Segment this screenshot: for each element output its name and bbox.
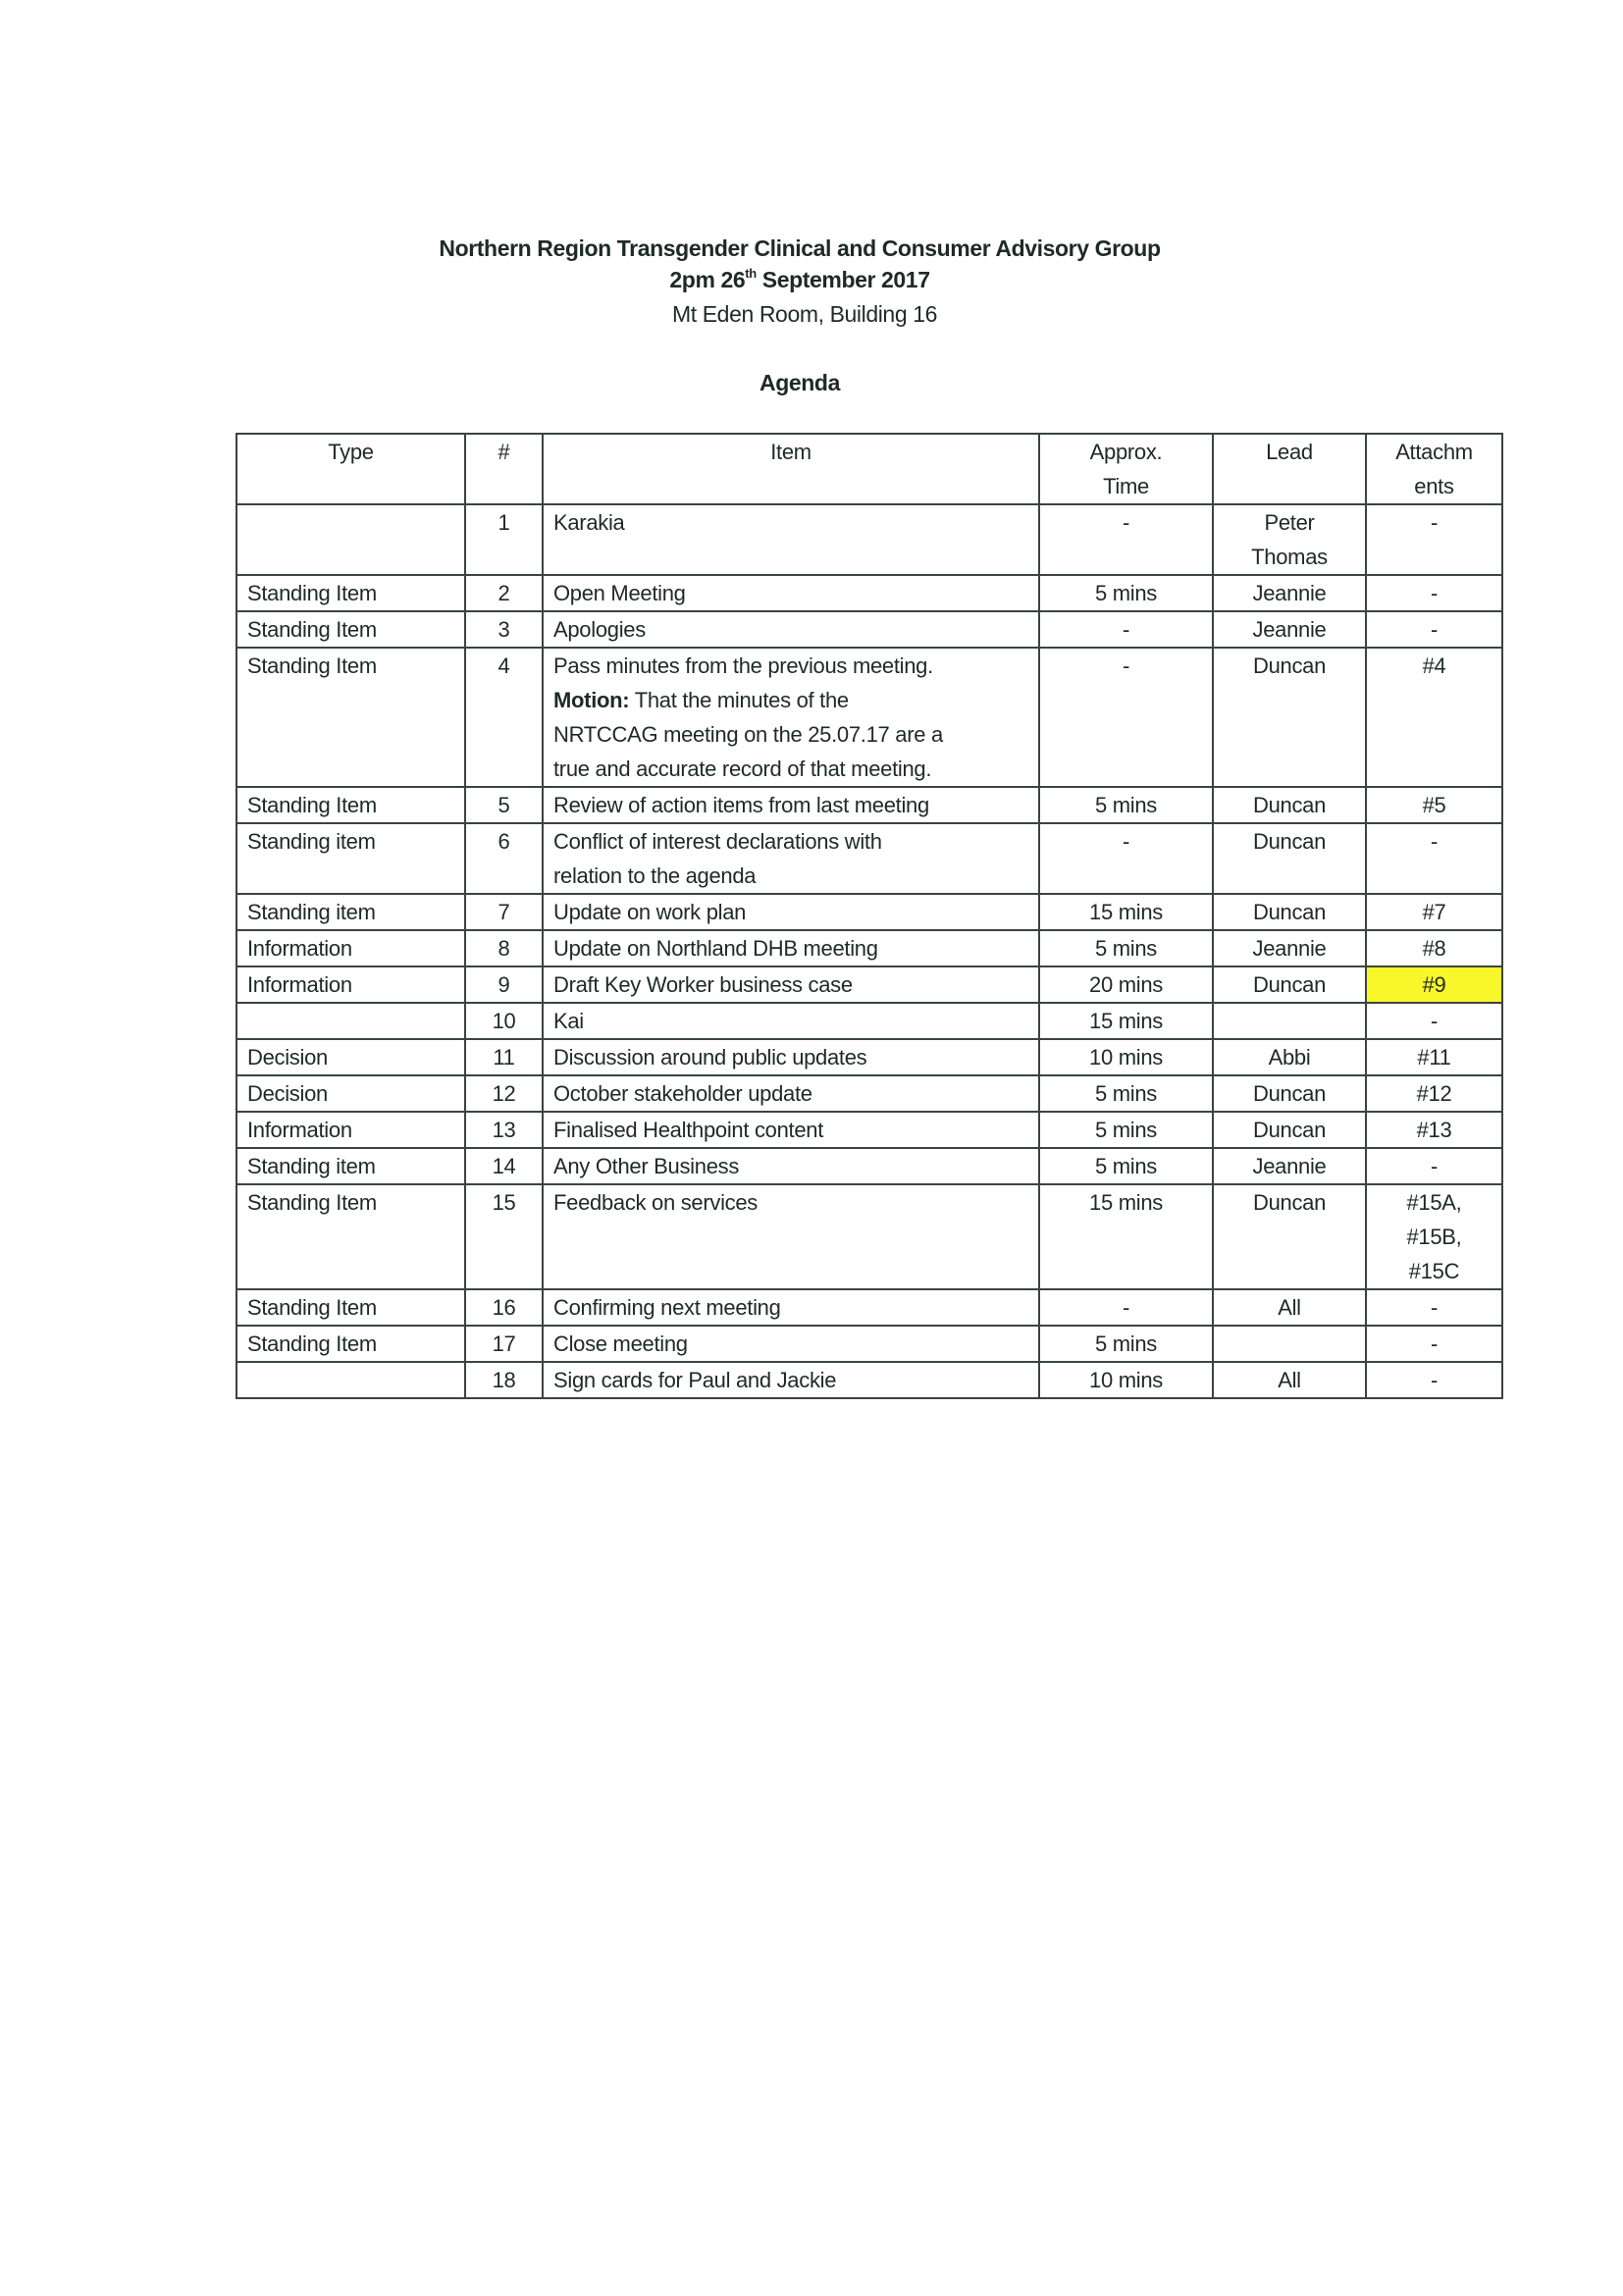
agenda-table-body: 1Karakia-Peter Thomas-Standing Item2Open… (236, 504, 1502, 1398)
cell-number: 6 (465, 823, 543, 894)
cell-number: 1 (465, 504, 543, 575)
agenda-heading: Agenda (0, 370, 1599, 396)
column-header-lead: Lead (1213, 434, 1366, 504)
table-row: Standing Item3Apologies-Jeannie- (236, 611, 1502, 648)
cell-type: Standing item (236, 1148, 465, 1184)
cell-lead: Jeannie (1213, 611, 1366, 648)
cell-type: Information (236, 966, 465, 1003)
agenda-table: Type # Item Approx. Time Lead Attachm en… (236, 433, 1503, 1399)
cell-item: Update on Northland DHB meeting (543, 930, 1039, 966)
cell-lead: Jeannie (1213, 1148, 1366, 1184)
date-ordinal: th (745, 266, 756, 281)
cell-time: 5 mins (1039, 1326, 1213, 1362)
cell-lead: Duncan (1213, 966, 1366, 1003)
cell-number: 14 (465, 1148, 543, 1184)
cell-attachments: - (1366, 1289, 1502, 1326)
table-row: Information9Draft Key Worker business ca… (236, 966, 1502, 1003)
table-row: 18Sign cards for Paul and Jackie10 minsA… (236, 1362, 1502, 1398)
cell-number: 13 (465, 1112, 543, 1148)
cell-time: 15 mins (1039, 894, 1213, 930)
cell-type (236, 504, 465, 575)
cell-time: 5 mins (1039, 1112, 1213, 1148)
cell-item: Kai (543, 1003, 1039, 1039)
cell-attachments: #4 (1366, 648, 1502, 787)
cell-attachments: - (1366, 575, 1502, 611)
document-title: Northern Region Transgender Clinical and… (0, 235, 1599, 262)
meeting-venue: Mt Eden Room, Building 16 (0, 301, 1609, 328)
cell-number: 5 (465, 787, 543, 823)
cell-item: Discussion around public updates (543, 1039, 1039, 1075)
cell-lead: All (1213, 1289, 1366, 1326)
cell-lead: Duncan (1213, 1112, 1366, 1148)
cell-number: 2 (465, 575, 543, 611)
cell-lead: Jeannie (1213, 930, 1366, 966)
cell-attachments: - (1366, 504, 1502, 575)
cell-type: Standing Item (236, 1326, 465, 1362)
cell-type: Standing item (236, 894, 465, 930)
cell-time: 15 mins (1039, 1003, 1213, 1039)
cell-number: 7 (465, 894, 543, 930)
cell-item: Update on work plan (543, 894, 1039, 930)
cell-time: - (1039, 1289, 1213, 1326)
column-header-attachments: Attachm ents (1366, 434, 1502, 504)
cell-number: 11 (465, 1039, 543, 1075)
cell-time: - (1039, 611, 1213, 648)
cell-item: Any Other Business (543, 1148, 1039, 1184)
cell-type: Decision (236, 1075, 465, 1112)
cell-item: October stakeholder update (543, 1075, 1039, 1112)
cell-type: Information (236, 930, 465, 966)
cell-lead: Duncan (1213, 1184, 1366, 1289)
table-row: Standing Item17Close meeting5 mins- (236, 1326, 1502, 1362)
column-header-type: Type (236, 434, 465, 504)
cell-number: 15 (465, 1184, 543, 1289)
cell-lead: Duncan (1213, 648, 1366, 787)
cell-number: 10 (465, 1003, 543, 1039)
cell-type (236, 1362, 465, 1398)
cell-lead (1213, 1326, 1366, 1362)
cell-item: Confirming next meeting (543, 1289, 1039, 1326)
table-row: Decision12October stakeholder update5 mi… (236, 1075, 1502, 1112)
table-row: Standing Item2Open Meeting5 minsJeannie- (236, 575, 1502, 611)
cell-type: Information (236, 1112, 465, 1148)
cell-attachments: - (1366, 1148, 1502, 1184)
item-text: Pass minutes from the previous meeting. (553, 653, 933, 678)
cell-type: Standing Item (236, 1289, 465, 1326)
cell-item: Sign cards for Paul and Jackie (543, 1362, 1039, 1398)
cell-attachments: #5 (1366, 787, 1502, 823)
date-rest: September 2017 (757, 267, 930, 292)
cell-item: Feedback on services (543, 1184, 1039, 1289)
cell-attachments: - (1366, 1003, 1502, 1039)
cell-time: 20 mins (1039, 966, 1213, 1003)
meeting-date: 2pm 26th September 2017 (0, 267, 1599, 293)
cell-attachments: #15A, #15B, #15C (1366, 1184, 1502, 1289)
cell-time: 5 mins (1039, 575, 1213, 611)
cell-time: 5 mins (1039, 1148, 1213, 1184)
table-row: 10Kai15 mins- (236, 1003, 1502, 1039)
cell-item: Pass minutes from the previous meeting.M… (543, 648, 1039, 787)
table-header-row: Type # Item Approx. Time Lead Attachm en… (236, 434, 1502, 504)
cell-attachments: #12 (1366, 1075, 1502, 1112)
cell-lead: Duncan (1213, 787, 1366, 823)
cell-time: 5 mins (1039, 930, 1213, 966)
table-row: Standing item7Update on work plan15 mins… (236, 894, 1502, 930)
cell-item: Open Meeting (543, 575, 1039, 611)
cell-attachments: - (1366, 611, 1502, 648)
table-row: Standing Item5Review of action items fro… (236, 787, 1502, 823)
cell-lead: All (1213, 1362, 1366, 1398)
cell-attachments: #11 (1366, 1039, 1502, 1075)
cell-number: 9 (465, 966, 543, 1003)
cell-number: 12 (465, 1075, 543, 1112)
cell-item: Apologies (543, 611, 1039, 648)
cell-lead: Duncan (1213, 823, 1366, 894)
cell-attachments: - (1366, 823, 1502, 894)
cell-attachments: - (1366, 1362, 1502, 1398)
cell-number: 4 (465, 648, 543, 787)
cell-number: 17 (465, 1326, 543, 1362)
cell-number: 3 (465, 611, 543, 648)
cell-number: 16 (465, 1289, 543, 1326)
table-row: Standing Item16Confirming next meeting-A… (236, 1289, 1502, 1326)
cell-type: Decision (236, 1039, 465, 1075)
table-row: Decision11Discussion around public updat… (236, 1039, 1502, 1075)
column-header-number: # (465, 434, 543, 504)
cell-type (236, 1003, 465, 1039)
cell-lead: Peter Thomas (1213, 504, 1366, 575)
table-row: Information13Finalised Healthpoint conte… (236, 1112, 1502, 1148)
cell-attachments-highlighted: #9 (1366, 966, 1502, 1003)
cell-time: 5 mins (1039, 787, 1213, 823)
cell-number: 18 (465, 1362, 543, 1398)
table-row: Standing Item4Pass minutes from the prev… (236, 648, 1502, 787)
cell-lead: Duncan (1213, 894, 1366, 930)
table-row: Standing item14Any Other Business5 minsJ… (236, 1148, 1502, 1184)
cell-time: 10 mins (1039, 1039, 1213, 1075)
cell-item: Finalised Healthpoint content (543, 1112, 1039, 1148)
cell-item: Draft Key Worker business case (543, 966, 1039, 1003)
date-prefix: 2pm 26 (669, 267, 745, 292)
table-row: 1Karakia-Peter Thomas- (236, 504, 1502, 575)
cell-type: Standing Item (236, 575, 465, 611)
cell-attachments: #7 (1366, 894, 1502, 930)
cell-lead: Duncan (1213, 1075, 1366, 1112)
motion-label: Motion: (553, 688, 629, 712)
cell-attachments: - (1366, 1326, 1502, 1362)
cell-lead (1213, 1003, 1366, 1039)
cell-time: - (1039, 504, 1213, 575)
cell-lead: Abbi (1213, 1039, 1366, 1075)
cell-item: Karakia (543, 504, 1039, 575)
table-row: Information8Update on Northland DHB meet… (236, 930, 1502, 966)
cell-lead: Jeannie (1213, 575, 1366, 611)
column-header-item: Item (543, 434, 1039, 504)
cell-time: 15 mins (1039, 1184, 1213, 1289)
cell-time: - (1039, 648, 1213, 787)
cell-type: Standing Item (236, 1184, 465, 1289)
cell-number: 8 (465, 930, 543, 966)
cell-item: Review of action items from last meeting (543, 787, 1039, 823)
cell-type: Standing Item (236, 611, 465, 648)
table-row: Standing item6Conflict of interest decla… (236, 823, 1502, 894)
cell-attachments: #13 (1366, 1112, 1502, 1148)
column-header-time: Approx. Time (1039, 434, 1213, 504)
table-row: Standing Item15Feedback on services15 mi… (236, 1184, 1502, 1289)
cell-attachments: #8 (1366, 930, 1502, 966)
cell-time: 5 mins (1039, 1075, 1213, 1112)
cell-item: Close meeting (543, 1326, 1039, 1362)
cell-type: Standing item (236, 823, 465, 894)
cell-time: 10 mins (1039, 1362, 1213, 1398)
cell-type: Standing Item (236, 648, 465, 787)
cell-item: Conflict of interest declarations with r… (543, 823, 1039, 894)
cell-time: - (1039, 823, 1213, 894)
cell-type: Standing Item (236, 787, 465, 823)
